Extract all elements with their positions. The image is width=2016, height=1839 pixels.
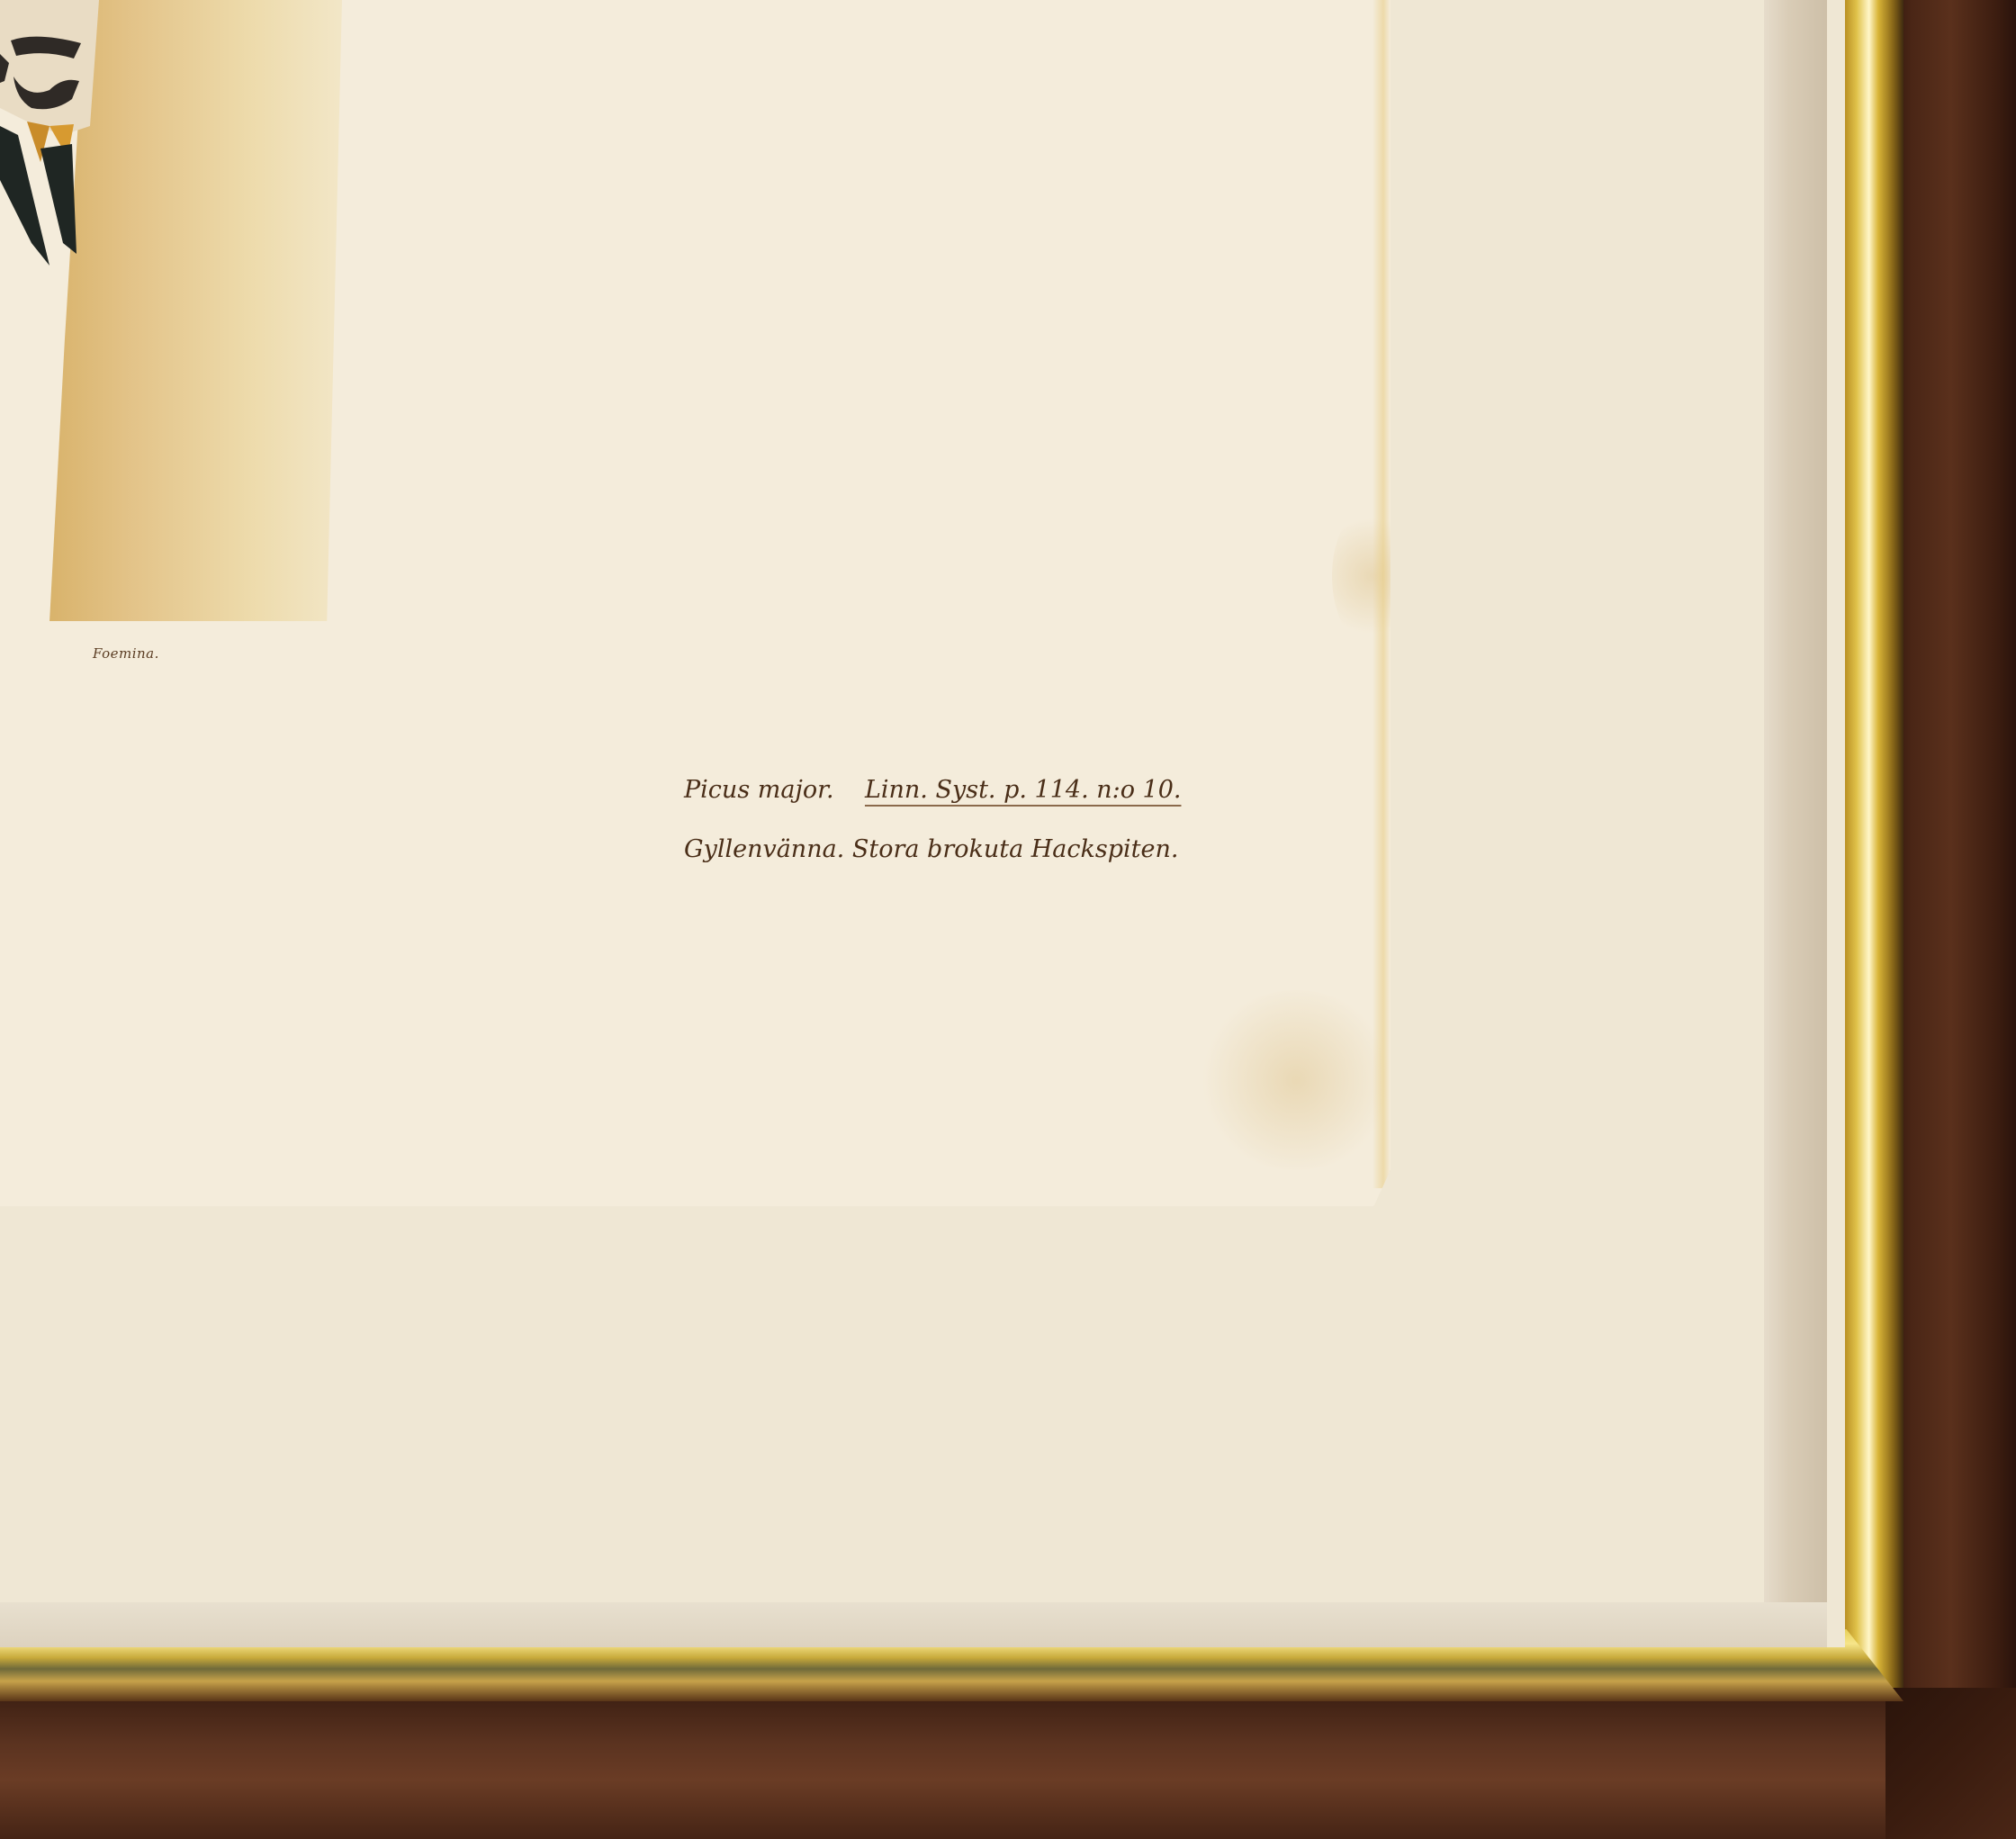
latin-name: Picus major. bbox=[684, 776, 834, 804]
woodpecker-tail-illustration bbox=[0, 0, 108, 270]
mat-board: Foemina. Picus major. Linn. Syst. p. 114… bbox=[0, 0, 1845, 1647]
figure-caption: Foemina. bbox=[93, 645, 159, 662]
frame-wood-bottom bbox=[0, 1692, 2016, 1839]
inscription-line-1: Picus major. Linn. Syst. p. 114. n:o 10. bbox=[684, 761, 1350, 820]
inscription-line-2: Gyllenvänna. Stora brokuta Hackspiten. bbox=[684, 820, 1350, 879]
paper-edge-stain bbox=[1372, 0, 1390, 1188]
linnaeus-reference: Linn. Syst. p. 114. n:o 10. bbox=[865, 776, 1182, 804]
foxing-stain bbox=[1197, 990, 1395, 1170]
species-inscription: Picus major. Linn. Syst. p. 114. n:o 10.… bbox=[684, 761, 1350, 879]
mat-bevel-right bbox=[1764, 0, 1827, 1647]
frame-wood-corner bbox=[1885, 1688, 2016, 1839]
frame-wood-right bbox=[1885, 0, 2016, 1839]
mat-bevel-bottom bbox=[0, 1602, 1827, 1647]
artwork-paper: Foemina. Picus major. Linn. Syst. p. 114… bbox=[0, 0, 1390, 1206]
